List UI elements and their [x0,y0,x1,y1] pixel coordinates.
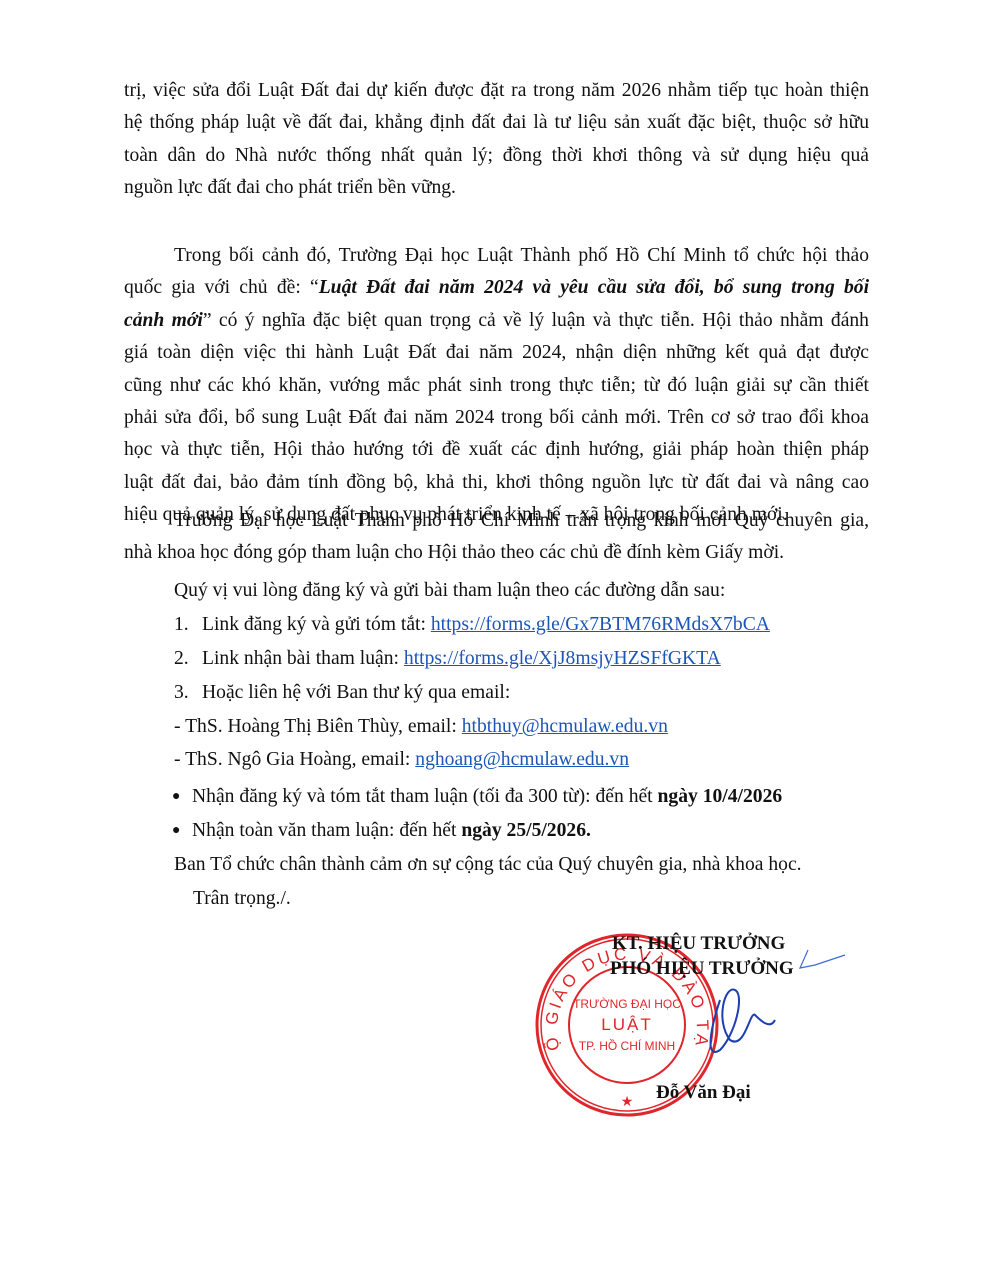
text-line: toàn dân do Nhà nước thống nhất quản lý;… [124,140,869,172]
deadline-text: Nhận toàn văn tham luận: đến hết [192,820,461,841]
paper-submission-link[interactable]: https://forms.gle/XjJ8msjyHZSFfGKTA [404,648,721,669]
contact-1: - ThS. Hoàng Thị Biên Thùy, email: htbth… [174,714,668,740]
bullet-icon: ● [172,818,192,844]
deadline-date: ngày 25/5/2026. [461,820,591,841]
text-line: quốc gia với chủ đề: “Luật Đất đai năm 2… [124,272,869,304]
list-number: 1. [174,612,202,638]
registration-form-link[interactable]: https://forms.gle/Gx7BTM76RMdsX7bCA [431,614,770,635]
thanks-line: Ban Tổ chức chân thành cảm ơn sự cộng tá… [174,852,802,878]
contact-name: - ThS. Ngô Gia Hoàng, email: [174,749,415,770]
list-number: 2. [174,646,202,672]
deadline-date: ngày 10/4/2026 [658,786,783,807]
stamp-inner-line: TP. HỒ CHÍ MINH [579,1038,675,1053]
text-line: giá toàn diện việc thi hành Luật Đất đai… [124,337,869,369]
stamp-inner-line: TRƯỜNG ĐẠI HỌC [573,996,681,1011]
signatory-title-2: PHÓ HIỆU TRƯỞNG [610,958,794,980]
text-fragment: ” có ý nghĩa đặc biệt quan trọng cả về l… [203,310,869,331]
text-line: cũng như các khó khăn, vướng mắc phát si… [124,370,869,402]
item-label: Link nhận bài tham luận: [202,648,404,669]
text-line: trị, việc sửa đổi Luật Đất đai dự kiến đ… [124,75,869,107]
text-line: Trong bối cảnh đó, Trường Đại học Luật T… [124,240,869,272]
item-label: Hoặc liên hệ với Ban thư ký qua email: [202,682,510,703]
text-line: Trường Đại học Luật Thành phố Hồ Chí Min… [124,505,869,537]
registration-intro: Quý vị vui lòng đăng ký và gửi bài tham … [174,578,725,604]
text-line: nguồn lực đất đai cho phát triển bền vữn… [124,172,869,204]
conference-theme: Luật Đất đai năm 2024 và yêu cầu sửa đổi… [319,277,869,298]
stamp-star-icon: ★ [621,1095,634,1110]
text-line: luật đất đai, bảo đảm tính đồng bộ, khả … [124,467,869,499]
email-link-htbthuy[interactable]: htbthuy@hcmulaw.edu.vn [462,716,668,737]
paragraph-conference-intro: Trong bối cảnh đó, Trường Đại học Luật T… [124,240,869,532]
signatory-title-1: KT. HIỆU TRƯỞNG [612,933,785,955]
deadline-abstract: ●Nhận đăng ký và tóm tắt tham luận (tối … [172,784,782,810]
signatory-name: Đỗ Văn Đại [656,1082,751,1104]
contact-2: - ThS. Ngô Gia Hoàng, email: nghoang@hcm… [174,747,629,773]
email-link-nghoang[interactable]: nghoang@hcmulaw.edu.vn [415,749,629,770]
conference-theme-continued: cảnh mới [124,310,203,331]
registration-item-2: 2.Link nhận bài tham luận: https://forms… [174,646,721,672]
text-line: nhà khoa học đóng góp tham luận cho Hội … [124,537,869,569]
registration-item-3: 3.Hoặc liên hệ với Ban thư ký qua email: [174,680,510,706]
text-line: học và thực tiễn, Hội thảo hướng tới đề … [124,434,869,466]
registration-item-1: 1.Link đăng ký và gửi tóm tắt: https://f… [174,612,770,638]
text-line: phải sửa đổi, bổ sung Luật Đất đai năm 2… [124,402,869,434]
text-fragment: quốc gia với chủ đề: “ [124,277,319,298]
stamp-inner-line: LUẬT [601,1015,652,1034]
paragraph-invitation: Trường Đại học Luật Thành phố Hồ Chí Min… [124,505,869,570]
bullet-icon: ● [172,784,192,810]
deadline-fullpaper: ●Nhận toàn văn tham luận: đến hết ngày 2… [172,818,591,844]
closing-line: Trân trọng./. [193,886,291,912]
document-page: trị, việc sửa đổi Luật Đất đai dự kiến đ… [0,0,989,1280]
list-number: 3. [174,680,202,706]
text-line: hệ thống pháp luật về đất đai, khẳng địn… [124,107,869,139]
text-line: cảnh mới” có ý nghĩa đặc biệt quan trọng… [124,305,869,337]
contact-name: - ThS. Hoàng Thị Biên Thùy, email: [174,716,462,737]
deadline-text: Nhận đăng ký và tóm tắt tham luận (tối đ… [192,786,658,807]
item-label: Link đăng ký và gửi tóm tắt: [202,614,431,635]
paragraph-context: trị, việc sửa đổi Luật Đất đai dự kiến đ… [124,75,869,205]
